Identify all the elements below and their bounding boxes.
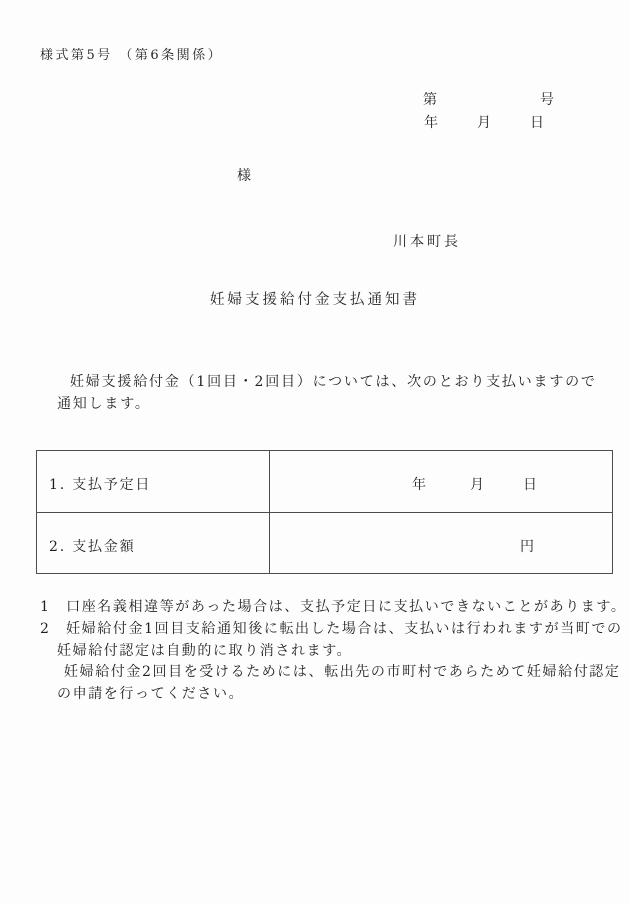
table-row2-yen-unit-label: 円 xyxy=(520,536,534,556)
table-row2-label-payment-amount: 2. 支払金額 xyxy=(49,536,135,556)
form-number-label: 様式第5号 （第6条関係） xyxy=(40,44,223,63)
note-2-line-3: 妊婦給付金2回目を受けるためには、転出先の市町村であらためて妊婦給付認定 xyxy=(64,661,621,681)
payment-details-table: 1. 支払予定日 年 月 日 2. 支払金額 円 xyxy=(36,450,613,574)
pregnancy-support-payment-notice-document: 様式第5号 （第6条関係） 第 号 年 月 日 様 川本町長 妊婦支援給付金支払… xyxy=(0,0,630,903)
note-2-line-4: の申請を行ってください。 xyxy=(57,683,244,703)
date-month-label: 月 xyxy=(477,112,491,132)
table-row-divider xyxy=(37,512,612,513)
body-text-line-2: 通知します。 xyxy=(57,393,151,413)
note-1: 1 口座名義相違等があった場合は、支払予定日に支払いできないことがあります。 xyxy=(40,596,626,616)
note-2-line-2: 妊婦給付認定は自動的に取り消されます。 xyxy=(57,640,352,660)
note-2-line-1: 2 妊婦給付金1回目支給通知後に転出した場合は、支払いは行われますが当町での xyxy=(40,618,623,638)
document-number-prefix: 第 xyxy=(423,89,437,109)
addressee-honorific: 様 xyxy=(237,165,251,185)
date-day-label: 日 xyxy=(530,112,544,132)
document-number-suffix: 号 xyxy=(540,89,554,109)
table-row1-year-label: 年 xyxy=(412,474,426,494)
table-row1-month-label: 月 xyxy=(470,474,484,494)
date-year-label: 年 xyxy=(424,112,438,132)
document-title: 妊婦支援給付金支払通知書 xyxy=(0,288,630,309)
table-row1-day-label: 日 xyxy=(523,474,537,494)
table-row1-label-payment-date: 1. 支払予定日 xyxy=(49,474,151,494)
sender-name: 川本町長 xyxy=(393,231,461,251)
body-text-line-1: 妊婦支援給付金（1回目・2回目）については、次のとおり支払いますので xyxy=(70,371,597,391)
